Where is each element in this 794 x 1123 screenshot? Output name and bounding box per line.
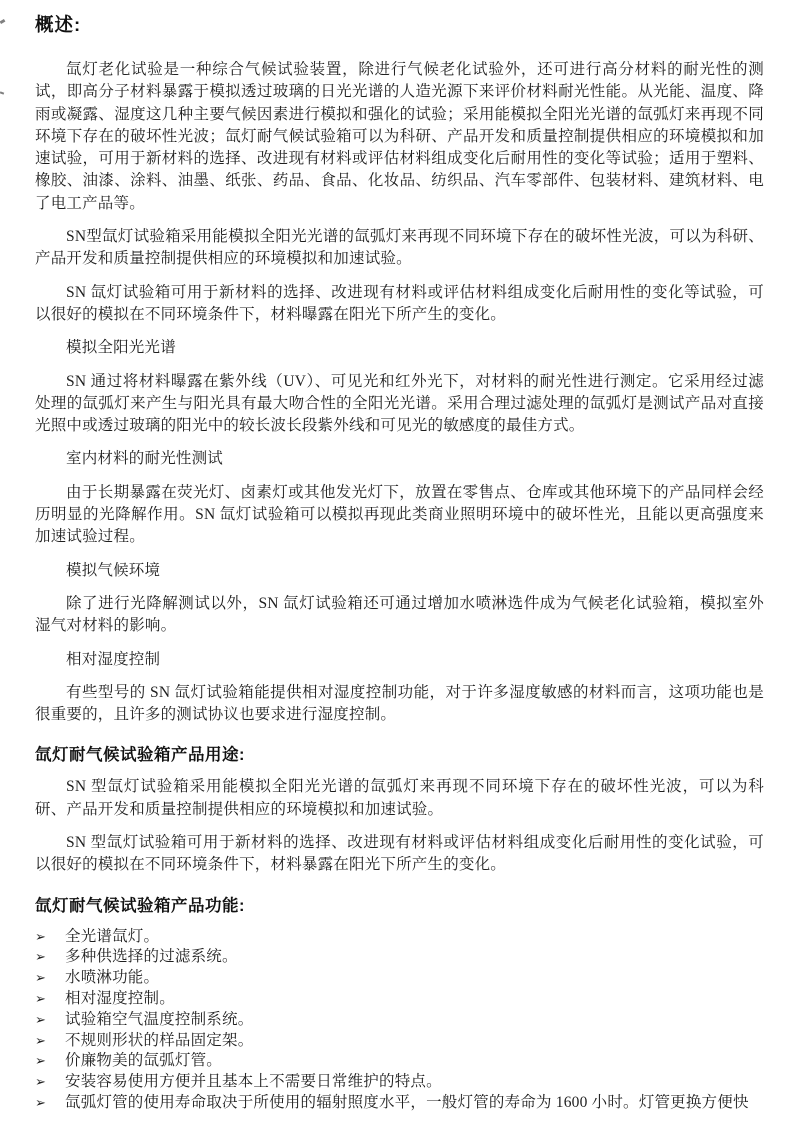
product-features-heading: 氙灯耐气候试验箱产品功能: [35, 892, 764, 916]
feature-item: ➢试验箱空气温度控制系统。 [35, 1010, 764, 1031]
feature-item: ➢多种供选择的过滤系统。 [35, 947, 764, 968]
scan-artifact [0, 19, 5, 24]
usage-paragraph-1: SN 型氙灯试验箱采用能模拟全阳光光谱的氙弧灯来再现不同环境下存在的破坏性光波，… [35, 776, 764, 821]
feature-list: ➢全光谱氙灯。➢多种供选择的过滤系统。➢水喷淋功能。➢相对湿度控制。➢试验箱空气… [35, 927, 764, 1114]
climate-simulation-paragraph: 除了进行光降解测试以外，SN 氙灯试验箱还可通过增加水喷淋选件成为气候老化试验箱… [35, 593, 764, 638]
feature-item-text: 不规则形状的样品固定架。 [65, 1031, 764, 1052]
arrow-bullet-icon: ➢ [35, 1072, 65, 1093]
intro-paragraph: 氙灯老化试验是一种综合气候试验装置，除进行气候老化试验外，还可进行高分材料的耐光… [35, 59, 764, 215]
arrow-bullet-icon: ➢ [35, 947, 65, 968]
feature-item-text: 安装容易使用方便并且基本上不需要日常维护的特点。 [65, 1072, 764, 1093]
document-body: 概述:氙灯老化试验是一种综合气候试验装置，除进行气候老化试验外，还可进行高分材料… [35, 11, 764, 1114]
document-page: 概述:氙灯老化试验是一种综合气候试验装置，除进行气候老化试验外，还可进行高分材料… [0, 0, 794, 1123]
feature-item-text: 水喷淋功能。 [65, 968, 764, 989]
feature-item-text: 多种供选择的过滤系统。 [65, 947, 764, 968]
arrow-bullet-icon: ➢ [35, 1093, 65, 1114]
feature-item: ➢氙弧灯管的使用寿命取决于所使用的辐射照度水平，一般灯管的寿命为 1600 小时… [35, 1093, 764, 1114]
arrow-bullet-icon: ➢ [35, 1010, 65, 1031]
arrow-bullet-icon: ➢ [35, 1051, 65, 1072]
relative-humidity-paragraph: 有些型号的 SN 氙灯试验箱能提供相对湿度控制功能，对于许多湿度敏感的材料而言，… [35, 682, 764, 727]
scan-artifact [0, 91, 4, 94]
arrow-bullet-icon: ➢ [35, 968, 65, 989]
subheading-climate-simulation: 模拟气候环境 [35, 560, 764, 582]
indoor-lightfastness-paragraph: 由于长期暴露在荧光灯、卤素灯或其他发光灯下，放置在零售点、仓库或其他环境下的产品… [35, 482, 764, 549]
usage-paragraph-2: SN 型氙灯试验箱可用于新材料的选择、改进现有材料或评估材料组成变化后耐用性的变… [35, 832, 764, 877]
feature-item: ➢安装容易使用方便并且基本上不需要日常维护的特点。 [35, 1072, 764, 1093]
feature-item-text: 相对湿度控制。 [65, 989, 764, 1010]
feature-item: ➢不规则形状的样品固定架。 [35, 1031, 764, 1052]
arrow-bullet-icon: ➢ [35, 989, 65, 1010]
feature-item-text: 试验箱空气温度控制系统。 [65, 1010, 764, 1031]
feature-item: ➢相对湿度控制。 [35, 989, 764, 1010]
full-sunlight-paragraph: SN 通过将材料曝露在紫外线（UV）、可见光和红外光下，对材料的耐光性进行测定。… [35, 371, 764, 438]
feature-item-text: 价廉物美的氙弧灯管。 [65, 1051, 764, 1072]
feature-item-text: 氙弧灯管的使用寿命取决于所使用的辐射照度水平，一般灯管的寿命为 1600 小时。… [65, 1093, 764, 1114]
subheading-relative-humidity: 相对湿度控制 [35, 649, 764, 671]
subheading-full-sunlight-spectrum: 模拟全阳光光谱 [35, 337, 764, 359]
sn-usage-paragraph: SN 氙灯试验箱可用于新材料的选择、改进现有材料或评估材料组成变化后耐用性的变化… [35, 282, 764, 327]
arrow-bullet-icon: ➢ [35, 927, 65, 948]
subheading-indoor-lightfastness: 室内材料的耐光性测试 [35, 448, 764, 470]
sn-lamp-paragraph: SN型氙灯试验箱采用能模拟全阳光光谱的氙弧灯来再现不同环境下存在的破坏性光波，可… [35, 226, 764, 271]
feature-item: ➢水喷淋功能。 [35, 968, 764, 989]
arrow-bullet-icon: ➢ [35, 1031, 65, 1052]
feature-item: ➢全光谱氙灯。 [35, 927, 764, 948]
feature-item-text: 全光谱氙灯。 [65, 927, 764, 948]
product-usage-heading: 氙灯耐气候试验箱产品用途: [35, 741, 764, 765]
feature-item: ➢价廉物美的氙弧灯管。 [35, 1051, 764, 1072]
overview-title: 概述: [35, 11, 764, 37]
